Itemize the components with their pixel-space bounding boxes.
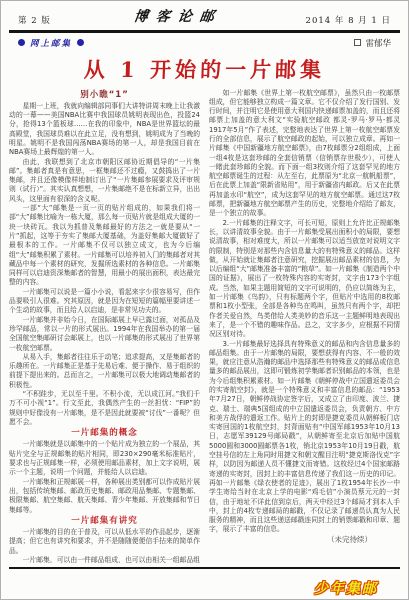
footer-logo: 少年集邮 <box>314 578 378 598</box>
section-heading: 一片邮集的概念 <box>9 429 200 438</box>
page-number-label: 第 2 版 <box>18 14 51 26</box>
paragraph: 由此，我联想到了北京市朝阳区邮协近期倡导的“一片集邮”。集邮者真是有意思，一框集… <box>9 158 200 204</box>
date-label: 2014 年 8 月 1 日 <box>306 14 391 26</box>
paragraph: 一片邮集，可以由一件邮品组成，也可以由相关一组邮品组成，但必须能较完整地表达一个… <box>9 556 200 562</box>
author-box-icon <box>354 39 361 46</box>
subheader: 网上邮集 雷郁华 <box>1 33 408 50</box>
paragraph: 一片邮集的目的在于普及，可以从低水平的作品起步，逐渐提高；但它也有讲究和要求，并… <box>9 528 200 556</box>
paragraph: 星期一上班，我就向编辑部同事们大讲特讲周末晚上让我激动的一幕——美国NBA比赛中… <box>9 102 200 158</box>
newspaper-page: 第 2 版 博客论邮 2014 年 8 月 1 日 网上邮集 雷郁华 从 1 开… <box>0 0 409 600</box>
footer: 少年集邮 <box>1 569 408 598</box>
article-title: 从 1 开始的一片邮集 <box>0 54 408 84</box>
paragraph: 一片邮集就是以邮集中的一个贴片成为独立的一个展品，其贴片完全与正规邮集的贴片相同… <box>9 440 200 477</box>
bullet-icon <box>18 39 25 46</box>
column-badge: 网上邮集 <box>18 37 84 49</box>
paragraph: 一部“大”邮集是一页一页的贴片组成的，如果我们将一部“大”邮集比喻为一栋大厦，那… <box>9 204 200 288</box>
author-name: 雷郁华 <box>365 37 391 49</box>
bullet-icon <box>77 39 84 46</box>
paragraph: “不积跬步，无以至千里。不积小流，无以成江河。”我们千万不可小视“1”。行文至此… <box>9 390 200 427</box>
column-name-label: 网上邮集 <box>30 37 72 49</box>
paragraph: 一片邮集和正规邮展一样，各种展出类别都可以作成贴片展出，包括传统集邮、邮政历史集… <box>9 478 200 515</box>
paragraph: 一片邮集并非始今日，在国际邮展上早已露过面，对孤品及珍罕邮品，常以一片的形式展出… <box>9 316 200 353</box>
to-be-continued-note: （未完待续） <box>209 535 400 544</box>
masthead-title: 博客论邮 <box>133 6 224 26</box>
paragraph: 如一片邮集《世界上第一枚航空邮票》，虽然只由一枚邮票组成，但它能够独立构成一篇文… <box>209 89 400 219</box>
paragraph: 3.一片邮集最好选择具有特殊意义的邮品和内含信息量多的邮品组集。由于一片邮集的局… <box>209 340 400 535</box>
paragraph: 2.一片邮集的注释文字，可长可短，原则上允许比正规邮集长，以讲清故事全貌。由于一… <box>209 219 400 340</box>
article-body: 别小瞧“1” 星期一上班，我就向编辑部同事们大讲特讲周末晚上让我激动的一幕——美… <box>1 87 408 563</box>
header: 第 2 版 博客论邮 2014 年 8 月 1 日 <box>1 1 408 28</box>
section-heading: 一片邮集有讲究 <box>9 517 200 526</box>
author-byline: 雷郁华 <box>354 37 391 49</box>
right-column: 如一片邮集《世界上第一枚航空邮票》，虽然只由一枚邮票组成，但它能够独立构成一篇文… <box>209 89 400 563</box>
section-heading: 别小瞧“1” <box>9 91 200 100</box>
paragraph: 从易入手，集邮者往往乐于动笔；追求提高，又是集邮者的乐趣所在。一片邮集正是基于先… <box>9 353 200 390</box>
paragraph: 一片邮集可以说是一篇小小说，看起来字少很容易写，但作品要吸引人很难。究其原因，就… <box>9 288 200 316</box>
left-column: 别小瞧“1” 星期一上班，我就向编辑部同事们大讲特讲周末晚上让我激动的一幕——美… <box>9 89 200 563</box>
